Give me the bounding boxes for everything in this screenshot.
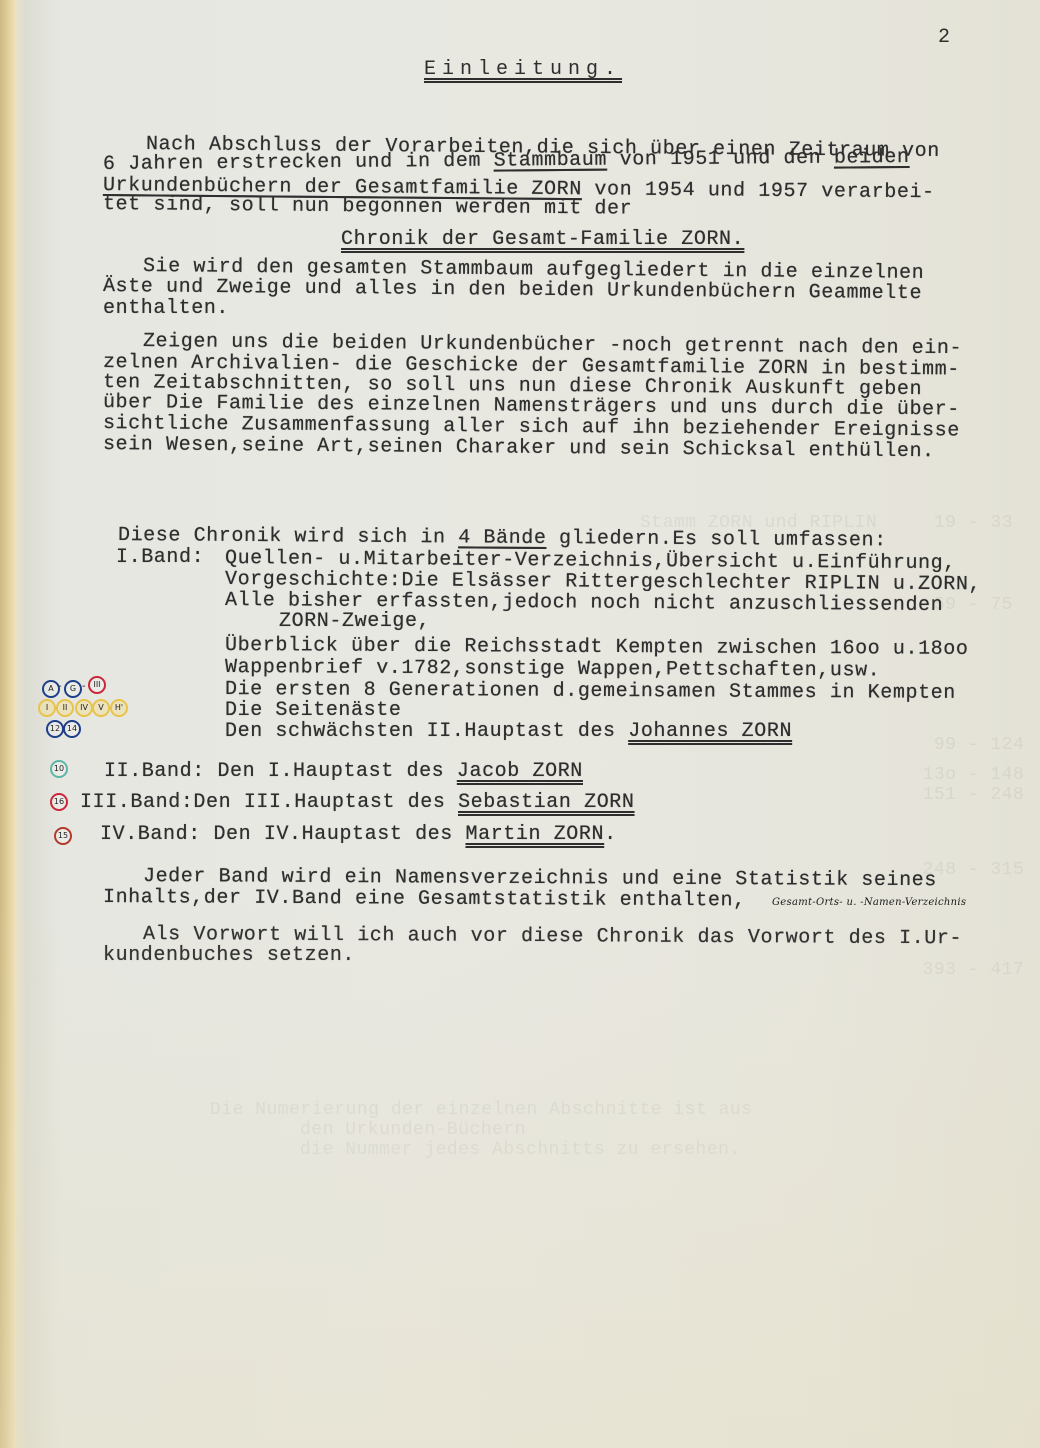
- emphasis-beiden: beiden: [834, 146, 910, 170]
- chronicle-heading: Chronik der Gesamt-Familie ZORN.: [341, 228, 744, 251]
- page-number: 2: [938, 26, 950, 49]
- badge-i: I: [38, 699, 56, 717]
- band-badge: 16: [50, 793, 68, 811]
- badge-14: 14: [63, 720, 81, 738]
- band-item: Den schwächsten II.Hauptast des Johannes…: [225, 720, 792, 743]
- emphasis-johannes-zorn: Johannes ZORN: [628, 720, 792, 743]
- text-line: Inhalts,der IV.Band eine Gesamtstatistik…: [103, 886, 746, 912]
- dash-mark: -: [58, 681, 62, 692]
- text-segment: .: [604, 823, 617, 846]
- band-item: Die Seitenäste: [225, 699, 401, 722]
- band-line: II.Band: Den I.Hauptast des Jacob ZORN: [104, 760, 583, 783]
- bleed-line: den Urkunden-Büchern: [300, 1120, 526, 1140]
- bleed-line: Die Numerierung der einzelnen Abschnitte…: [210, 1100, 752, 1120]
- text-segment: Den I.Hauptast des: [217, 760, 456, 783]
- text-segment: von 1951 und den: [607, 147, 834, 172]
- handwritten-note: Gesamt-Orts- u. -Namen-Verzeichnis: [772, 897, 966, 908]
- text-line: enthalten.: [103, 297, 229, 320]
- emphasis-name: Martin ZORN: [465, 823, 604, 846]
- text-segment: 6 Jahren erstrecken und in dem: [103, 150, 494, 176]
- badge-12: 12: [46, 720, 64, 738]
- dash-mark: -: [82, 681, 86, 692]
- emphasis-name: Jacob ZORN: [457, 760, 583, 783]
- band-label: IV.Band:: [100, 823, 201, 846]
- band-badge: 15: [54, 827, 72, 845]
- text-segment: gliedern.Es soll umfassen:: [546, 527, 886, 552]
- badge-g: G: [64, 680, 82, 698]
- badge-iv: IV: [75, 699, 93, 717]
- text-segment: Den IV.Hauptast des: [213, 823, 465, 846]
- bleed-line: 393 - 417: [640, 960, 1024, 980]
- band-line: IV.Band: Den IV.Hauptast des Martin ZORN…: [100, 823, 617, 846]
- band-item: ZORN-Zweige,: [279, 610, 430, 633]
- text-line: kundenbuches setzen.: [103, 944, 355, 967]
- text-segment: Den schwächsten II.Hauptast des: [225, 720, 628, 743]
- text-segment: Den III.Hauptast des: [193, 791, 458, 814]
- badge-h: H': [110, 699, 128, 717]
- binding-edge: [0, 0, 16, 1448]
- band-label: III.Band:: [80, 791, 193, 814]
- bleed-line: die Nummer jedes Abschnitts zu ersehen.: [300, 1140, 741, 1160]
- emphasis-stammbaum: Stammbaum: [494, 149, 608, 173]
- bleed-line: 151 - 248: [640, 785, 1024, 805]
- bleed-line: 13o - 148: [640, 765, 1024, 785]
- page-title: Einleitung.: [424, 58, 622, 81]
- badge-iii: III: [88, 676, 106, 694]
- emphasis-name: Sebastian ZORN: [458, 791, 634, 814]
- text-line: tet sind, soll nun begonnen werden mit d…: [103, 193, 632, 221]
- band-line: III.Band:Den III.Hauptast des Sebastian …: [80, 791, 635, 814]
- text-segment: von 1954 und 1957 verarbei-: [582, 178, 935, 204]
- badge-v: V: [92, 699, 110, 717]
- band-badge: 10: [50, 760, 68, 778]
- emphasis-4-baende: 4 Bände: [458, 526, 546, 550]
- band-label: II.Band:: [104, 760, 205, 783]
- band-label: I.Band:: [116, 546, 204, 569]
- badge-ii: II: [56, 699, 74, 717]
